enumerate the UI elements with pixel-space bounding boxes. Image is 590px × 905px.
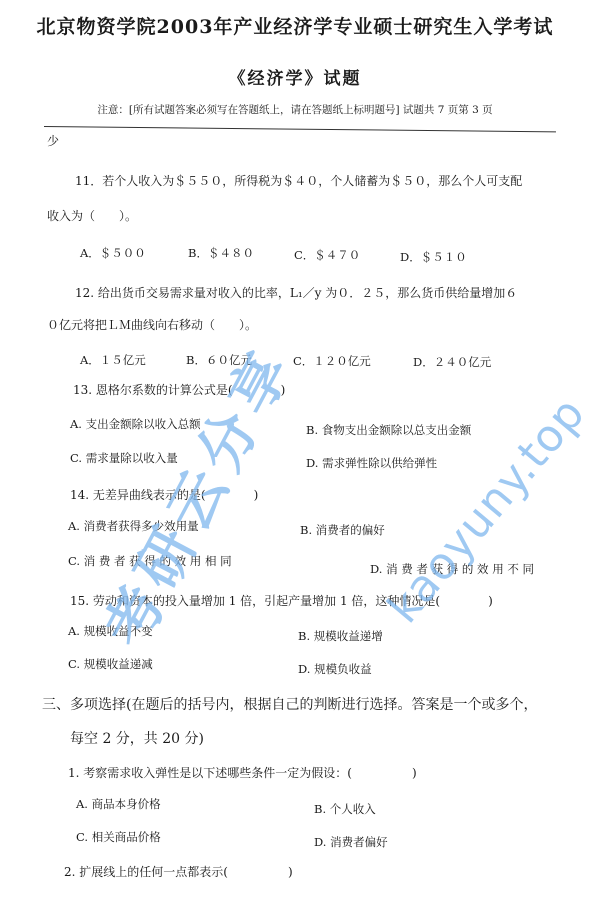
q12-option-c: C．１２０亿元 [293,353,371,369]
q13-option-a: A. 支出金额除以收入总额 [70,416,201,432]
s3-q2-stem: 2. 扩展线上的任何一点都表示( ) [64,863,293,880]
s3-q1-option-a: A. 商品本身价格 [76,796,161,812]
s3-q1-stem: 1. 考察需求收入弹性是以下述哪些条件一定为假设：( ) [68,764,417,781]
exam-subtitle: 《经济学》试题 [0,64,590,89]
q12-line2: ０亿元将把ＬＭ曲线向右移动（ ）。 [47,316,257,333]
q14-option-a: A. 消费者获得多少效用量 [68,518,199,534]
section3-heading-line1: 三、多项选择(在题后的括号内，根据自己的判断进行选择。答案是一个或多个， [42,694,537,714]
q15-option-d: D. 规模负收益 [298,661,372,677]
carryover-text: 少 [47,132,59,149]
s3-q1-option-b: B. 个人收入 [314,801,376,817]
exam-notice: 注意：[所有试题答案必须写在答题纸上，请在答题纸上标明题号] 试题共 7 页第 … [0,102,590,117]
q15-stem: 15. 劳动和资本的投入量增加 1 倍，引起产量增加 1 倍，这种情况是( ) [70,592,493,609]
q14-option-c: C. 消 费 者 获 得 的 效 用 相 同 [68,553,232,569]
exam-title: 北京物资学院2003年产业经济学专业硕士研究生入学考试 [0,12,590,39]
q12-option-d: D．２４０亿元 [413,354,491,370]
q13-stem: 13. 恩格尔系数的计算公式是( ) [73,381,285,398]
q11-option-c: C．＄４７０ [294,247,360,263]
q11-option-a: A．＄５００ [80,245,146,261]
q11-option-d: D．＄５１０ [400,249,467,265]
q11-line2: 收入为（ ）。 [47,207,137,224]
q13-option-c: C. 需求量除以收入量 [70,450,178,466]
s3-q1-option-c: C. 相关商品价格 [76,829,161,845]
q11-option-b: B．＄４８０ [188,245,254,261]
q12-option-b: B．６０亿元 [186,352,252,368]
q15-option-b: B. 规模收益递增 [298,628,383,644]
header-divider [44,126,556,132]
s3-q1-option-d: D. 消费者偏好 [314,834,388,850]
q15-option-c: C. 规模收益递减 [68,656,153,672]
q12-option-a: A．１５亿元 [80,352,146,368]
q13-option-d: D. 需求弹性除以供给弹性 [306,455,437,471]
section3-heading-line2: 每空 2 分，共 20 分) [70,728,204,748]
q14-option-b: B. 消费者的偏好 [300,522,385,538]
q11-line1: 11．若个人收入为＄５５０，所得税为＄４０，个人储蓄为＄５０，那么个人可支配 [75,172,522,189]
q14-option-d: D. 消 费 者 获 得 的 效 用 不 同 [370,561,534,577]
q13-option-b: B. 食物支出金额除以总支出金额 [306,422,471,438]
q15-option-a: A. 规模收益不变 [68,623,153,639]
q14-stem: 14. 无差异曲线表示的是( ) [70,486,258,503]
q12-line1: 12. 给出货币交易需求量对收入的比率，L₁／y 为０．２５，那么货币供给量增加… [75,284,517,301]
